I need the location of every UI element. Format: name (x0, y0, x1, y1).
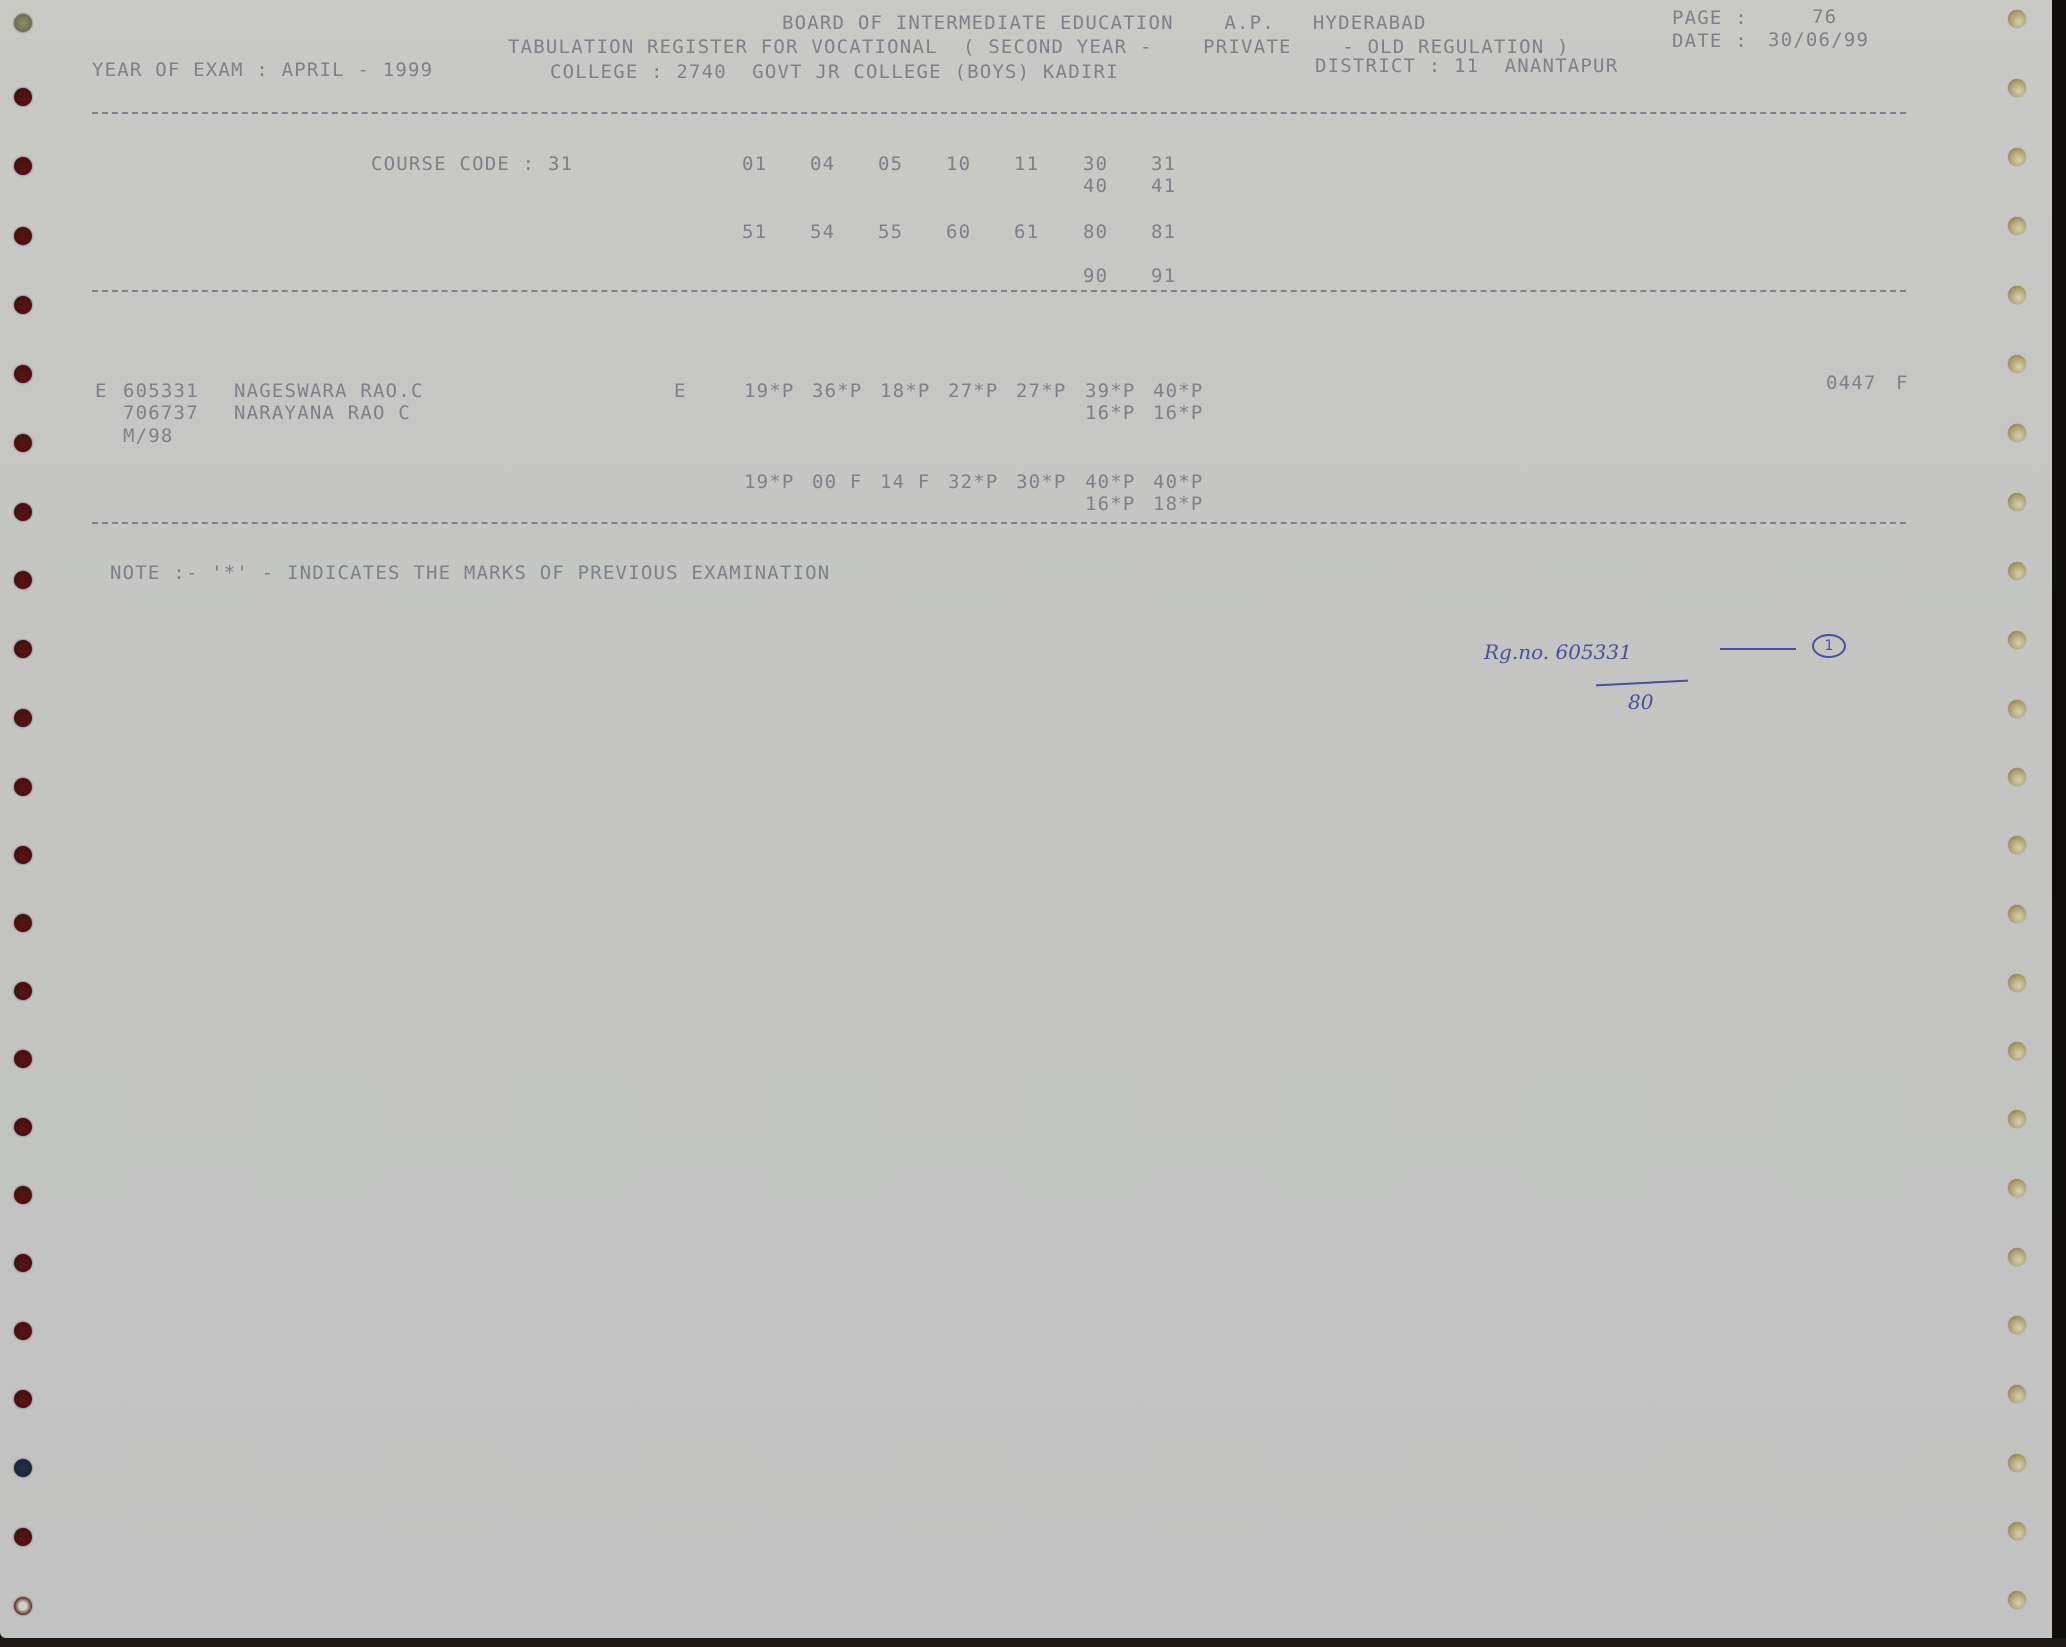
board-title: BOARD OF INTERMEDIATE EDUCATION A.P. HYD… (782, 13, 1427, 33)
mark-cell: 18*P (1153, 494, 1204, 514)
subject-code: 90 (1083, 266, 1108, 286)
handwritten-dash (1720, 648, 1796, 650)
perforation-hole-icon (14, 157, 32, 175)
subject-code: 05 (878, 154, 903, 174)
perforation-hole-icon (14, 1050, 32, 1068)
perforation-hole-icon (14, 846, 32, 864)
perforation-hole-icon (2008, 905, 2026, 923)
perforation-hole-icon (14, 227, 32, 245)
perforation-hole-icon (2008, 562, 2026, 580)
perforation-hole-icon (14, 1597, 32, 1615)
perforation-hole-icon (2008, 79, 2026, 97)
perforation-hole-icon (14, 503, 32, 521)
mark-cell: 36*P (812, 381, 863, 401)
date-label: DATE : (1672, 31, 1748, 51)
perforation-hole-icon (14, 982, 32, 1000)
perforation-hole-icon (14, 914, 32, 932)
perforation-hole-icon (14, 1254, 32, 1272)
mark-cell: 00 F (812, 472, 863, 492)
medium-code: E (95, 381, 108, 401)
subject-code: 40 (1083, 176, 1108, 196)
separator-line (92, 112, 1906, 114)
subject-code: 81 (1151, 222, 1176, 242)
mark-cell: 27*P (1016, 381, 1067, 401)
handwritten-denominator: 80 (1628, 690, 1653, 714)
date-value: 30/06/99 (1768, 30, 1869, 50)
student-name: NAGESWARA RAO.C (234, 381, 424, 401)
father-name: NARAYANA RAO C (234, 403, 411, 423)
subject-code: 80 (1083, 222, 1108, 242)
perforation-hole-icon (2008, 424, 2026, 442)
perforation-hole-icon (2008, 148, 2026, 166)
perforation-hole-icon (14, 1528, 32, 1546)
mark-cell: 32*P (948, 472, 999, 492)
perforation-hole-icon (2008, 1248, 2026, 1266)
perforation-hole-icon (2008, 1522, 2026, 1540)
mark-cell: 18*P (880, 381, 931, 401)
subject-code: 41 (1151, 176, 1176, 196)
mark-cell: 40*P (1153, 472, 1204, 492)
mark-cell: 27*P (948, 381, 999, 401)
district-info: DISTRICT : 11 ANANTAPUR (1315, 56, 1618, 76)
perforation-hole-icon (2008, 1385, 2026, 1403)
language-code: E (674, 381, 687, 401)
perforation-hole-icon (2008, 10, 2026, 28)
perforation-hole-icon (14, 296, 32, 314)
subject-code: 91 (1151, 266, 1176, 286)
perforation-hole-icon (14, 365, 32, 383)
perforation-hole-icon (2008, 631, 2026, 649)
handwritten-reg-no: Rg.no. 605331 (1484, 640, 1632, 664)
mark-cell: 40*P (1085, 472, 1136, 492)
perforation-hole-icon (14, 1459, 32, 1477)
previous-exam: M/98 (123, 426, 174, 446)
perforation-hole-icon (14, 1390, 32, 1408)
result-status: F (1896, 373, 1909, 393)
total-marks: 0447 (1826, 373, 1877, 393)
page-edge-shadow (2052, 0, 2066, 1647)
page-edge-shadow (0, 1638, 2066, 1647)
year-of-exam: YEAR OF EXAM : APRIL - 1999 (92, 60, 433, 80)
mark-cell: 19*P (744, 472, 795, 492)
perforation-hole-icon (2008, 1110, 2026, 1128)
subject-code: 60 (946, 222, 971, 242)
perforation-hole-icon (14, 88, 32, 106)
mark-cell: 16*P (1085, 403, 1136, 423)
page-number: 76 (1812, 7, 1837, 27)
register-title: TABULATION REGISTER FOR VOCATIONAL ( SEC… (508, 37, 1570, 57)
ref-number: 706737 (123, 403, 199, 423)
mark-cell: 16*P (1153, 403, 1204, 423)
college-info: COLLEGE : 2740 GOVT JR COLLEGE (BOYS) KA… (550, 62, 1119, 82)
perforation-hole-icon (2008, 355, 2026, 373)
page-label: PAGE : (1672, 8, 1748, 28)
perforation-hole-icon (2008, 700, 2026, 718)
course-code: COURSE CODE : 31 (371, 154, 573, 174)
mark-cell: 30*P (1016, 472, 1067, 492)
perforation-hole-icon (2008, 1042, 2026, 1060)
subject-code: 11 (1014, 154, 1039, 174)
circled-number: 1 (1812, 634, 1846, 658)
mark-cell: 39*P (1085, 381, 1136, 401)
mark-cell: 40*P (1153, 381, 1204, 401)
perforation-hole-icon (2008, 493, 2026, 511)
separator-line (92, 290, 1906, 292)
subject-code: 61 (1014, 222, 1039, 242)
perforation-hole-icon (14, 571, 32, 589)
perforation-hole-icon (2008, 1316, 2026, 1334)
perforation-hole-icon (2008, 768, 2026, 786)
perforation-hole-icon (2008, 217, 2026, 235)
perforation-hole-icon (14, 1322, 32, 1340)
perforation-hole-icon (14, 1186, 32, 1204)
subject-code: 10 (946, 154, 971, 174)
perforation-hole-icon (14, 14, 32, 32)
printout-page: BOARD OF INTERMEDIATE EDUCATION A.P. HYD… (0, 0, 2052, 1638)
reg-number: 605331 (123, 381, 199, 401)
mark-cell: 19*P (744, 381, 795, 401)
perforation-hole-icon (14, 434, 32, 452)
perforation-hole-icon (2008, 836, 2026, 854)
perforation-hole-icon (2008, 286, 2026, 304)
perforation-hole-icon (14, 1118, 32, 1136)
subject-code: 04 (810, 154, 835, 174)
footnote: NOTE :- '*' - INDICATES THE MARKS OF PRE… (110, 563, 830, 583)
fraction-bar (1596, 680, 1688, 687)
subject-code: 54 (810, 222, 835, 242)
separator-line (92, 522, 1906, 524)
mark-cell: 16*P (1085, 494, 1136, 514)
subject-code: 01 (742, 154, 767, 174)
perforation-hole-icon (2008, 1454, 2026, 1472)
subject-code: 30 (1083, 154, 1108, 174)
subject-code: 51 (742, 222, 767, 242)
subject-code: 55 (878, 222, 903, 242)
perforation-hole-icon (2008, 1179, 2026, 1197)
perforation-hole-icon (14, 709, 32, 727)
perforation-hole-icon (14, 778, 32, 796)
mark-cell: 14 F (880, 472, 931, 492)
perforation-hole-icon (2008, 1591, 2026, 1609)
perforation-hole-icon (14, 640, 32, 658)
subject-code: 31 (1151, 154, 1176, 174)
perforation-hole-icon (2008, 974, 2026, 992)
